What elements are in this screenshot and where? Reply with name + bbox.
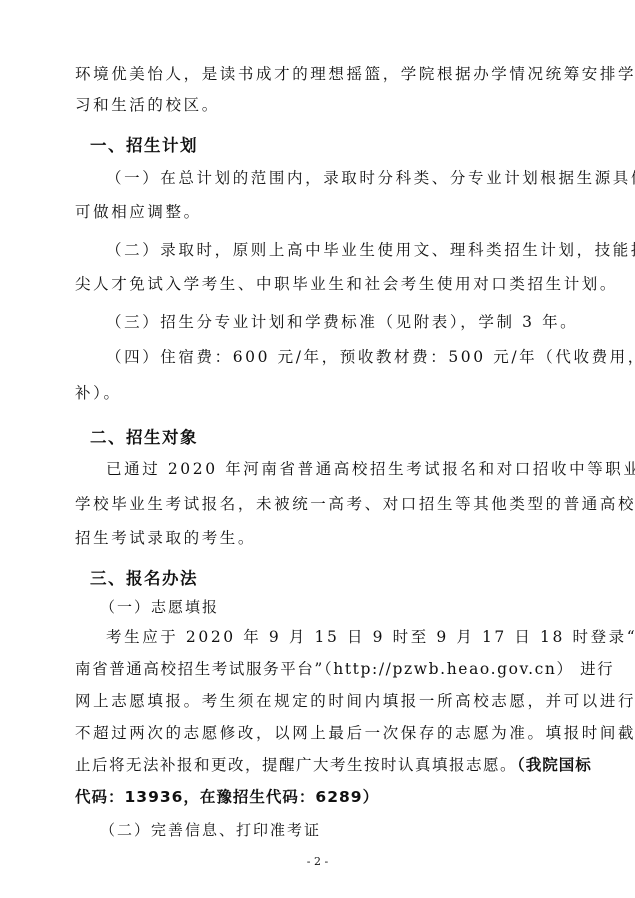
paragraph-line: （四）住宿费：600 元/年，预收教材费：500 元/年（代收费用，多退少 (106, 347, 567, 367)
section-heading: 三、报名办法 (90, 565, 198, 589)
page-number: - 2 - (0, 855, 635, 868)
paragraph-line: 可做相应调整。 (75, 202, 567, 222)
section-heading: 一、招生计划 (90, 132, 198, 156)
paragraph-line: （二）录取时，原则上高中毕业生使用文、理科类招生计划，技能拔 (106, 240, 567, 260)
subsection-heading: （一）志愿填报 (100, 596, 219, 617)
paragraph-line: 考生应于 2020 年 9 月 15 日 9 时至 9 月 17 日 18 时登… (106, 627, 567, 647)
paragraph-line: 止后将无法补报和更改，提醒广大考生按时认真填报志愿。（我院国标 (75, 755, 567, 775)
paragraph-line: 环境优美怡人，是读书成才的理想摇篮，学院根据办学情况统筹安排学生学 (75, 64, 567, 84)
paragraph-line: 学校毕业生考试报名，未被统一高考、对口招生等其他类型的普通高校 (75, 494, 567, 514)
paragraph-text: 止后将无法补报和更改，提醒广大考生按时认真填报志愿。 (75, 756, 517, 774)
paragraph-line: 不超过两次的志愿修改，以网上最后一次保存的志愿为准。填报时间截 (75, 723, 567, 743)
paragraph-line: 代码：13936，在豫招生代码：6289） (75, 787, 567, 807)
paragraph-line: 网上志愿填报。考生须在规定的时间内填报一所高校志愿，并可以进行 (75, 691, 567, 711)
paragraph-line: 习和生活的校区。 (75, 95, 567, 115)
paragraph-line: 招生考试录取的考生。 (75, 528, 567, 548)
subsection-heading: （二）完善信息、打印准考证 (100, 819, 321, 840)
code-note-bold: （我院国标 (517, 756, 592, 774)
paragraph-line: （三）招生分专业计划和学费标准（见附表），学制 3 年。 (106, 312, 567, 332)
paragraph-line: 尖人才免试入学考生、中职毕业生和社会考生使用对口类招生计划。 (75, 274, 567, 294)
paragraph-line: 南省普通高校招生考试服务平台”（http://pzwb.heao.gov.cn）… (75, 659, 567, 679)
paragraph-line: 已通过 2020 年河南省普通高校招生考试报名和对口招收中等职业 (106, 459, 567, 479)
paragraph-line: （一）在总计划的范围内，录取时分科类、分专业计划根据生源具体情况 (106, 168, 567, 188)
paragraph-line: 补）。 (75, 383, 567, 403)
section-heading: 二、招生对象 (90, 424, 198, 448)
code-note-bold: 代码：13936，在豫招生代码：6289） (75, 788, 379, 806)
